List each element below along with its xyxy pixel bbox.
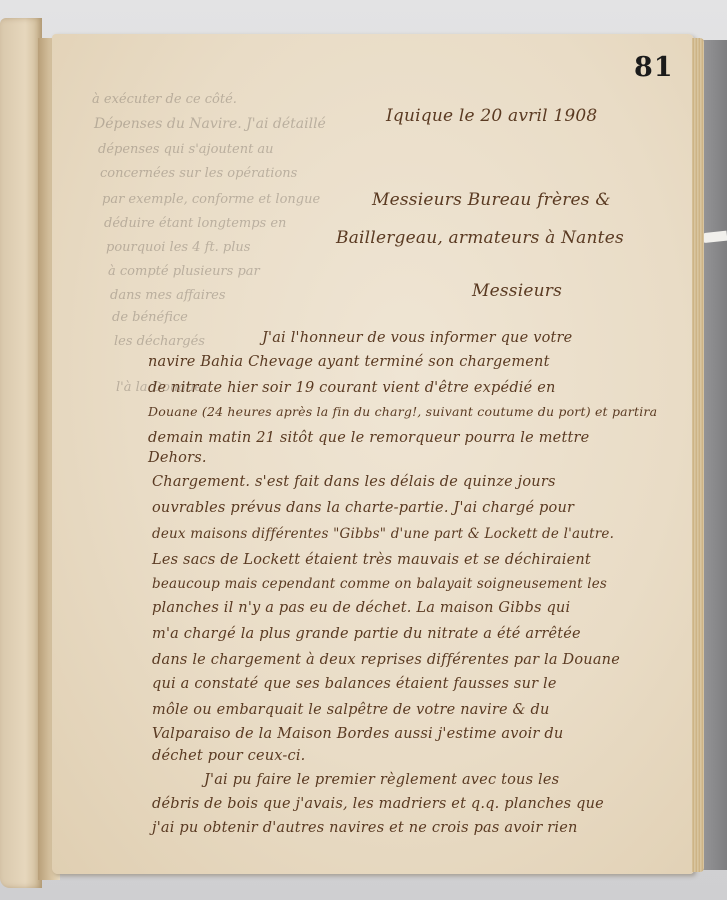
- addressee-line-2: Baillergeau, armateurs à Nantes: [336, 228, 624, 248]
- letter-line: J'ai l'honneur de vous informer que votr…: [262, 330, 572, 346]
- addressee-line-1: Messieurs Bureau frères &: [372, 190, 611, 210]
- salutation: Messieurs: [472, 281, 562, 301]
- letter-line: j'ai pu obtenir d'autres navires et ne c…: [152, 820, 578, 836]
- bleedthrough-line: par exemple, conforme et longue: [102, 192, 320, 207]
- bleedthrough-line: les déchargés: [114, 334, 205, 349]
- bleedthrough-line: de bénéfice: [112, 310, 188, 325]
- letter-line: m'a chargé la plus grande partie du nitr…: [152, 626, 581, 642]
- bleedthrough-line: concernées sur les opérations: [100, 166, 297, 181]
- letter-line: débris de bois que j'avais, les madriers…: [152, 796, 604, 812]
- page-stack-edge: [692, 38, 704, 872]
- folio-number: 81: [634, 52, 674, 83]
- bleedthrough-line: pourquoi les 4 ft. plus: [106, 240, 250, 255]
- letter-line: Chargement. s'est fait dans les délais d…: [152, 474, 556, 490]
- letter-line: Valparaiso de la Maison Bordes aussi j'e…: [152, 726, 563, 742]
- bleedthrough-line: dans mes affaires: [110, 288, 226, 303]
- bleedthrough-line: déduire étant longtemps en: [104, 216, 286, 231]
- letter-line: môle ou embarquait le salpêtre de votre …: [152, 702, 550, 718]
- letter-line: navire Bahia Chevage ayant terminé son c…: [148, 354, 550, 370]
- letter-line: beaucoup mais cependant comme on balayai…: [152, 576, 607, 592]
- letter-date-line: Iquique le 20 avril 1908: [386, 106, 597, 126]
- letter-line: planches il n'y a pas eu de déchet. La m…: [152, 600, 570, 616]
- letter-line: de nitrate hier soir 19 courant vient d'…: [148, 380, 556, 396]
- letter-line: Douane (24 heures après la fin du charg!…: [148, 404, 657, 419]
- bleedthrough-line: à exécuter de ce côté.: [92, 92, 237, 107]
- letter-line: déchet pour ceux-ci.: [152, 748, 305, 764]
- letter-line: Dehors.: [148, 450, 207, 466]
- letter-line: qui a constaté que ses balances étaient …: [152, 676, 557, 692]
- bleedthrough-line: dépenses qui s'ajoutent au: [98, 142, 274, 157]
- bleedthrough-line: à compté plusieurs par: [108, 264, 260, 279]
- facing-page-edge: [0, 18, 42, 888]
- letter-line: Les sacs de Lockett étaient très mauvais…: [152, 552, 591, 568]
- letter-line: dans le chargement à deux reprises diffé…: [152, 652, 620, 668]
- bleedthrough-line: Dépenses du Navire. J'ai détaillé: [94, 116, 326, 132]
- letter-line: deux maisons différentes "Gibbs" d'une p…: [152, 526, 614, 542]
- letter-line: ouvrables prévus dans la charte-partie. …: [152, 500, 574, 516]
- letter-line: J'ai pu faire le premier règlement avec …: [204, 772, 559, 788]
- letter-line: demain matin 21 sitôt que le remorqueur …: [148, 430, 589, 446]
